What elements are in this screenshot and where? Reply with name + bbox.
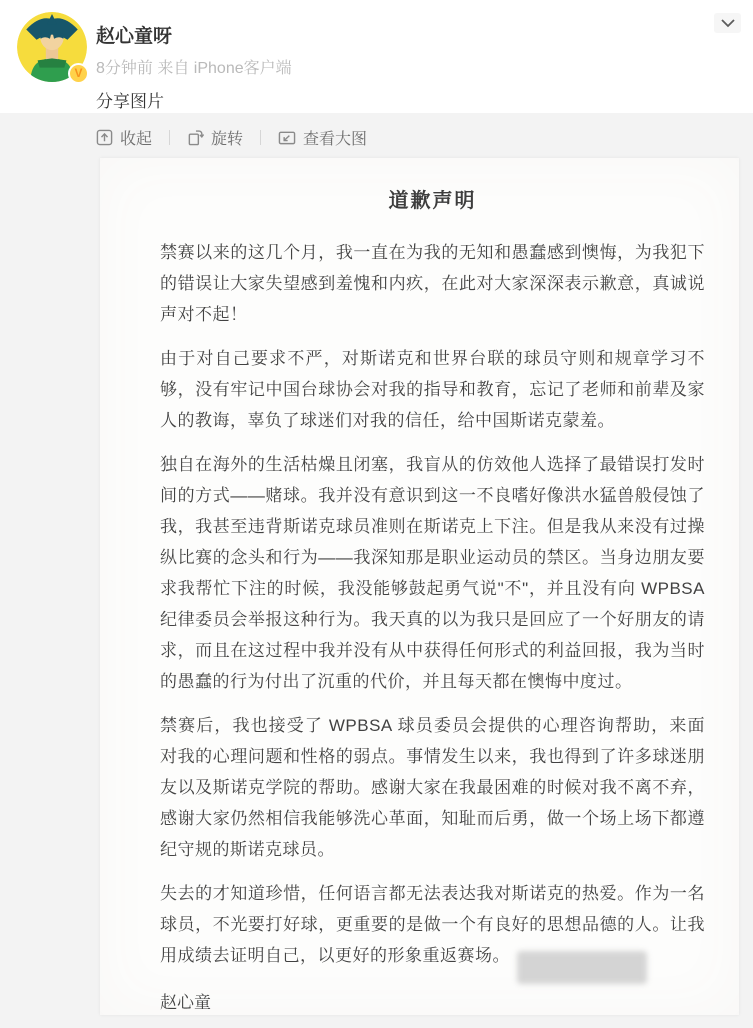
- post-meta: 8分钟前 来自 iPhone客户端: [96, 55, 292, 78]
- media-section: 收起 旋转 查看大图 道歉声明 禁赛以来的这几个月，我一直在为我的无知和愚蠢感到…: [0, 113, 753, 1028]
- collapse-label: 收起: [120, 126, 152, 149]
- post-header: V 赵心童呀 8分钟前 来自 iPhone客户端 分享图片: [0, 0, 753, 113]
- collapse-button[interactable]: 收起: [96, 126, 152, 149]
- view-large-icon: [278, 129, 296, 146]
- rotate-icon: [187, 129, 204, 146]
- document-paragraph: 禁赛以来的这几个月，我一直在为我的无知和愚蠢感到懊悔，为我犯下的错误让大家失望感…: [160, 237, 705, 330]
- rotate-button[interactable]: 旋转: [187, 126, 243, 149]
- document-body: 禁赛以来的这几个月，我一直在为我的无知和愚蠢感到懊悔，为我犯下的错误让大家失望感…: [160, 237, 705, 1013]
- document-paragraph: 由于对自己要求不严，对斯诺克和世界台联的球员守则和规章学习不够，没有牢记中国台球…: [160, 343, 705, 436]
- image-toolbar: 收起 旋转 查看大图: [96, 126, 367, 149]
- view-large-button[interactable]: 查看大图: [278, 126, 367, 149]
- apology-letter-image[interactable]: 道歉声明 禁赛以来的这几个月，我一直在为我的无知和愚蠢感到懊悔，为我犯下的错误让…: [100, 158, 739, 1015]
- rotate-label: 旋转: [211, 126, 243, 149]
- document-paragraph: 独自在海外的生活枯燥且闭塞，我盲从的仿效他人选择了最错误打发时间的方式——赌球。…: [160, 449, 705, 697]
- document-title: 道歉声明: [160, 184, 705, 213]
- verified-badge-icon: V: [68, 63, 89, 84]
- username[interactable]: 赵心童呀: [96, 21, 172, 48]
- document-signature: 赵心童: [160, 988, 705, 1013]
- chevron-down-icon: [721, 19, 735, 28]
- collapse-icon: [96, 129, 113, 146]
- toolbar-divider: [169, 130, 170, 145]
- post-text: 分享图片: [96, 87, 164, 112]
- toolbar-divider: [260, 130, 261, 145]
- view-large-label: 查看大图: [303, 126, 367, 149]
- blurred-watermark: [517, 951, 647, 984]
- post-menu-button[interactable]: [714, 13, 741, 33]
- document-paragraph: 禁赛后，我也接受了 WPBSA 球员委员会提供的心理咨询帮助，来面对我的心理问题…: [160, 710, 705, 865]
- avatar[interactable]: V: [17, 12, 87, 82]
